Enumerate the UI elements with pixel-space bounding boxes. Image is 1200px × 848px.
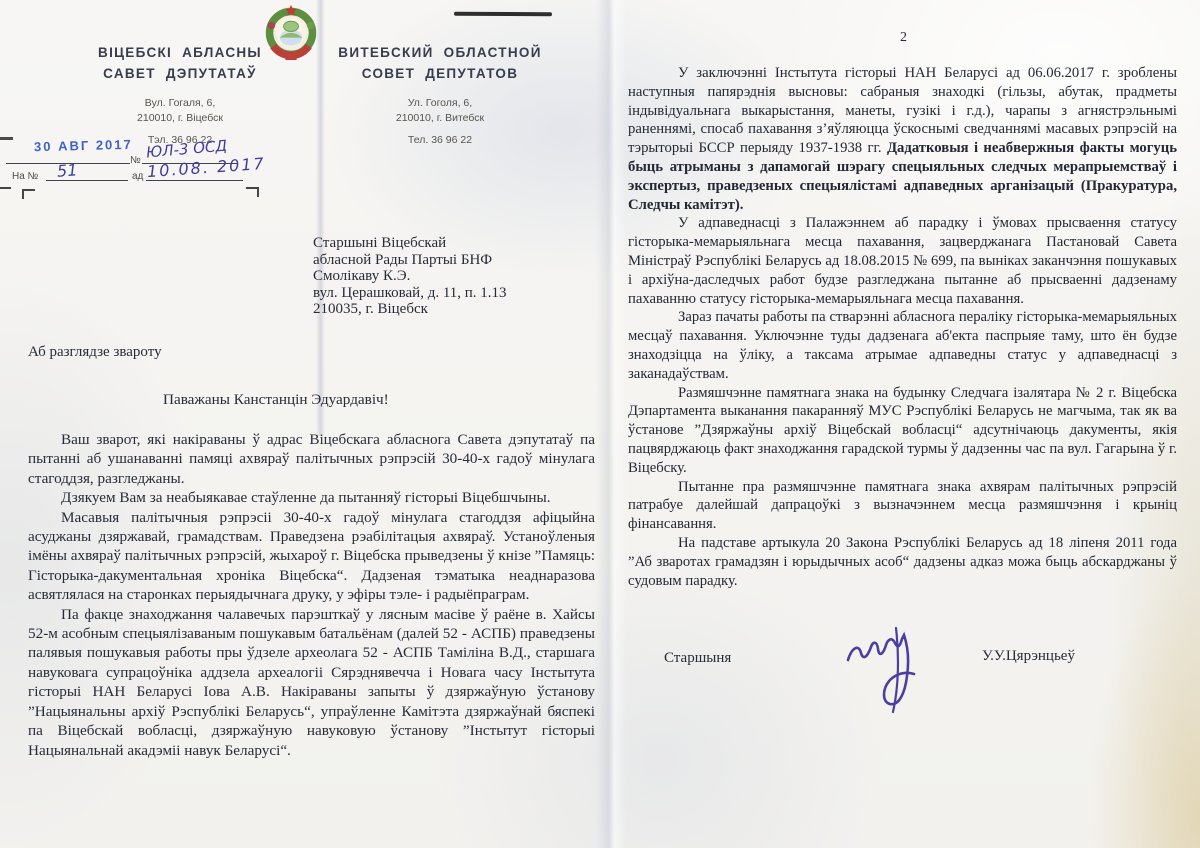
paragraph: Па факце знаходжання чалавечых парэшткаў… — [28, 605, 595, 760]
scan-artifact-line — [454, 12, 552, 17]
incoming-date-stamp: 30 АВГ 2017 — [34, 137, 133, 155]
page-number: 2 — [900, 30, 907, 46]
address-line: Ул. Гоголя, 6, — [340, 96, 540, 111]
recipient-line: Старшыні Віцебскай — [313, 235, 507, 252]
address-line: 210010, г. Витебск — [340, 111, 540, 126]
paragraph: У заключэнні Інстытута гісторыі НАН Бела… — [628, 64, 1177, 214]
signer-name: У.У.Цярэнцьеў — [982, 648, 1075, 665]
recipient-line: абласной Рады Партыі БНФ — [313, 252, 507, 269]
window-corner-mark — [246, 187, 259, 197]
org-name-line: САВЕТ ДЭПУТАТАЎ — [55, 63, 305, 84]
paragraph: Размяшчэнне памятнага знака на будынку С… — [628, 384, 1177, 478]
paragraph: Зараз пачаты работы па стварэнні абласно… — [628, 308, 1177, 383]
scanned-letter: ВІЦЕБСКІ АБЛАСНЫ САВЕТ ДЭПУТАТАЎ ВИТЕБСК… — [0, 0, 1200, 848]
scan-artifact-dash — [0, 137, 13, 140]
address-line: 210010, г. Віцебск — [80, 111, 280, 126]
window-corner-mark — [0, 187, 11, 197]
address-line: Вул. Гогаля, 6, — [80, 96, 280, 111]
paper-crease — [316, 0, 325, 436]
org-phone-russian: Тел. 36 96 22 — [340, 134, 540, 146]
paragraph: На падставе артыкула 20 Закона Рэспублік… — [628, 534, 1177, 590]
page-seam-shadow — [596, 0, 626, 848]
salutation: Паважаны Канстанцін Эдуардавіч! — [163, 391, 389, 409]
paragraph: Ваш зварот, які накіраваны ў адрас Віцеб… — [28, 430, 595, 488]
recipient-line: 210035, г. Віцебск — [313, 301, 507, 318]
date-label: ад — [132, 171, 143, 182]
org-name-line: ВИТЕБСКИЙ ОБЛАСТНОЙ — [332, 42, 548, 63]
signature-ink — [838, 616, 930, 724]
letter-body-page1: Ваш зварот, які накіраваны ў адрас Віцеб… — [28, 430, 595, 760]
paragraph: Масавыя палітычныя рэпрэсіі 30-40-х гадо… — [28, 508, 595, 605]
belarus-coat-of-arms-icon — [263, 3, 319, 61]
org-address-russian: Ул. Гоголя, 6, 210010, г. Витебск — [340, 96, 540, 126]
org-name-russian: ВИТЕБСКИЙ ОБЛАСТНОЙ СОВЕТ ДЕПУТАТОВ — [332, 42, 548, 84]
signer-title: Старшыня — [664, 650, 731, 667]
recipient-line: вул. Церашковай, д. 11, п. 1.13 — [313, 285, 507, 302]
recipient-line: Смолікаву К.Э. — [313, 268, 507, 285]
org-name-line: СОВЕТ ДЕПУТАТОВ — [332, 63, 548, 84]
paragraph: Пытанне пра размяшчэнне памятнага знака … — [628, 478, 1177, 534]
incoming-number-label: На № — [12, 171, 38, 182]
subject-line: Аб разглядзе звароту — [28, 344, 162, 361]
window-corner-mark — [22, 189, 35, 199]
incoming-number-handwritten: 51 — [56, 160, 78, 180]
number-label: № — [130, 155, 141, 166]
org-address-belarusian: Вул. Гогаля, 6, 210010, г. Віцебск — [80, 96, 280, 126]
recipient-address-block: Старшыні Віцебскайабласной Рады Партыі Б… — [313, 235, 507, 318]
paragraph: У адпаведнасці з Палажэннем аб парадку і… — [628, 214, 1177, 308]
letter-body-page2: У заключэнні Інстытута гісторыі НАН Бела… — [628, 64, 1177, 590]
paragraph: Дзякуем Вам за неабыякавае стаўленне да … — [28, 488, 595, 507]
